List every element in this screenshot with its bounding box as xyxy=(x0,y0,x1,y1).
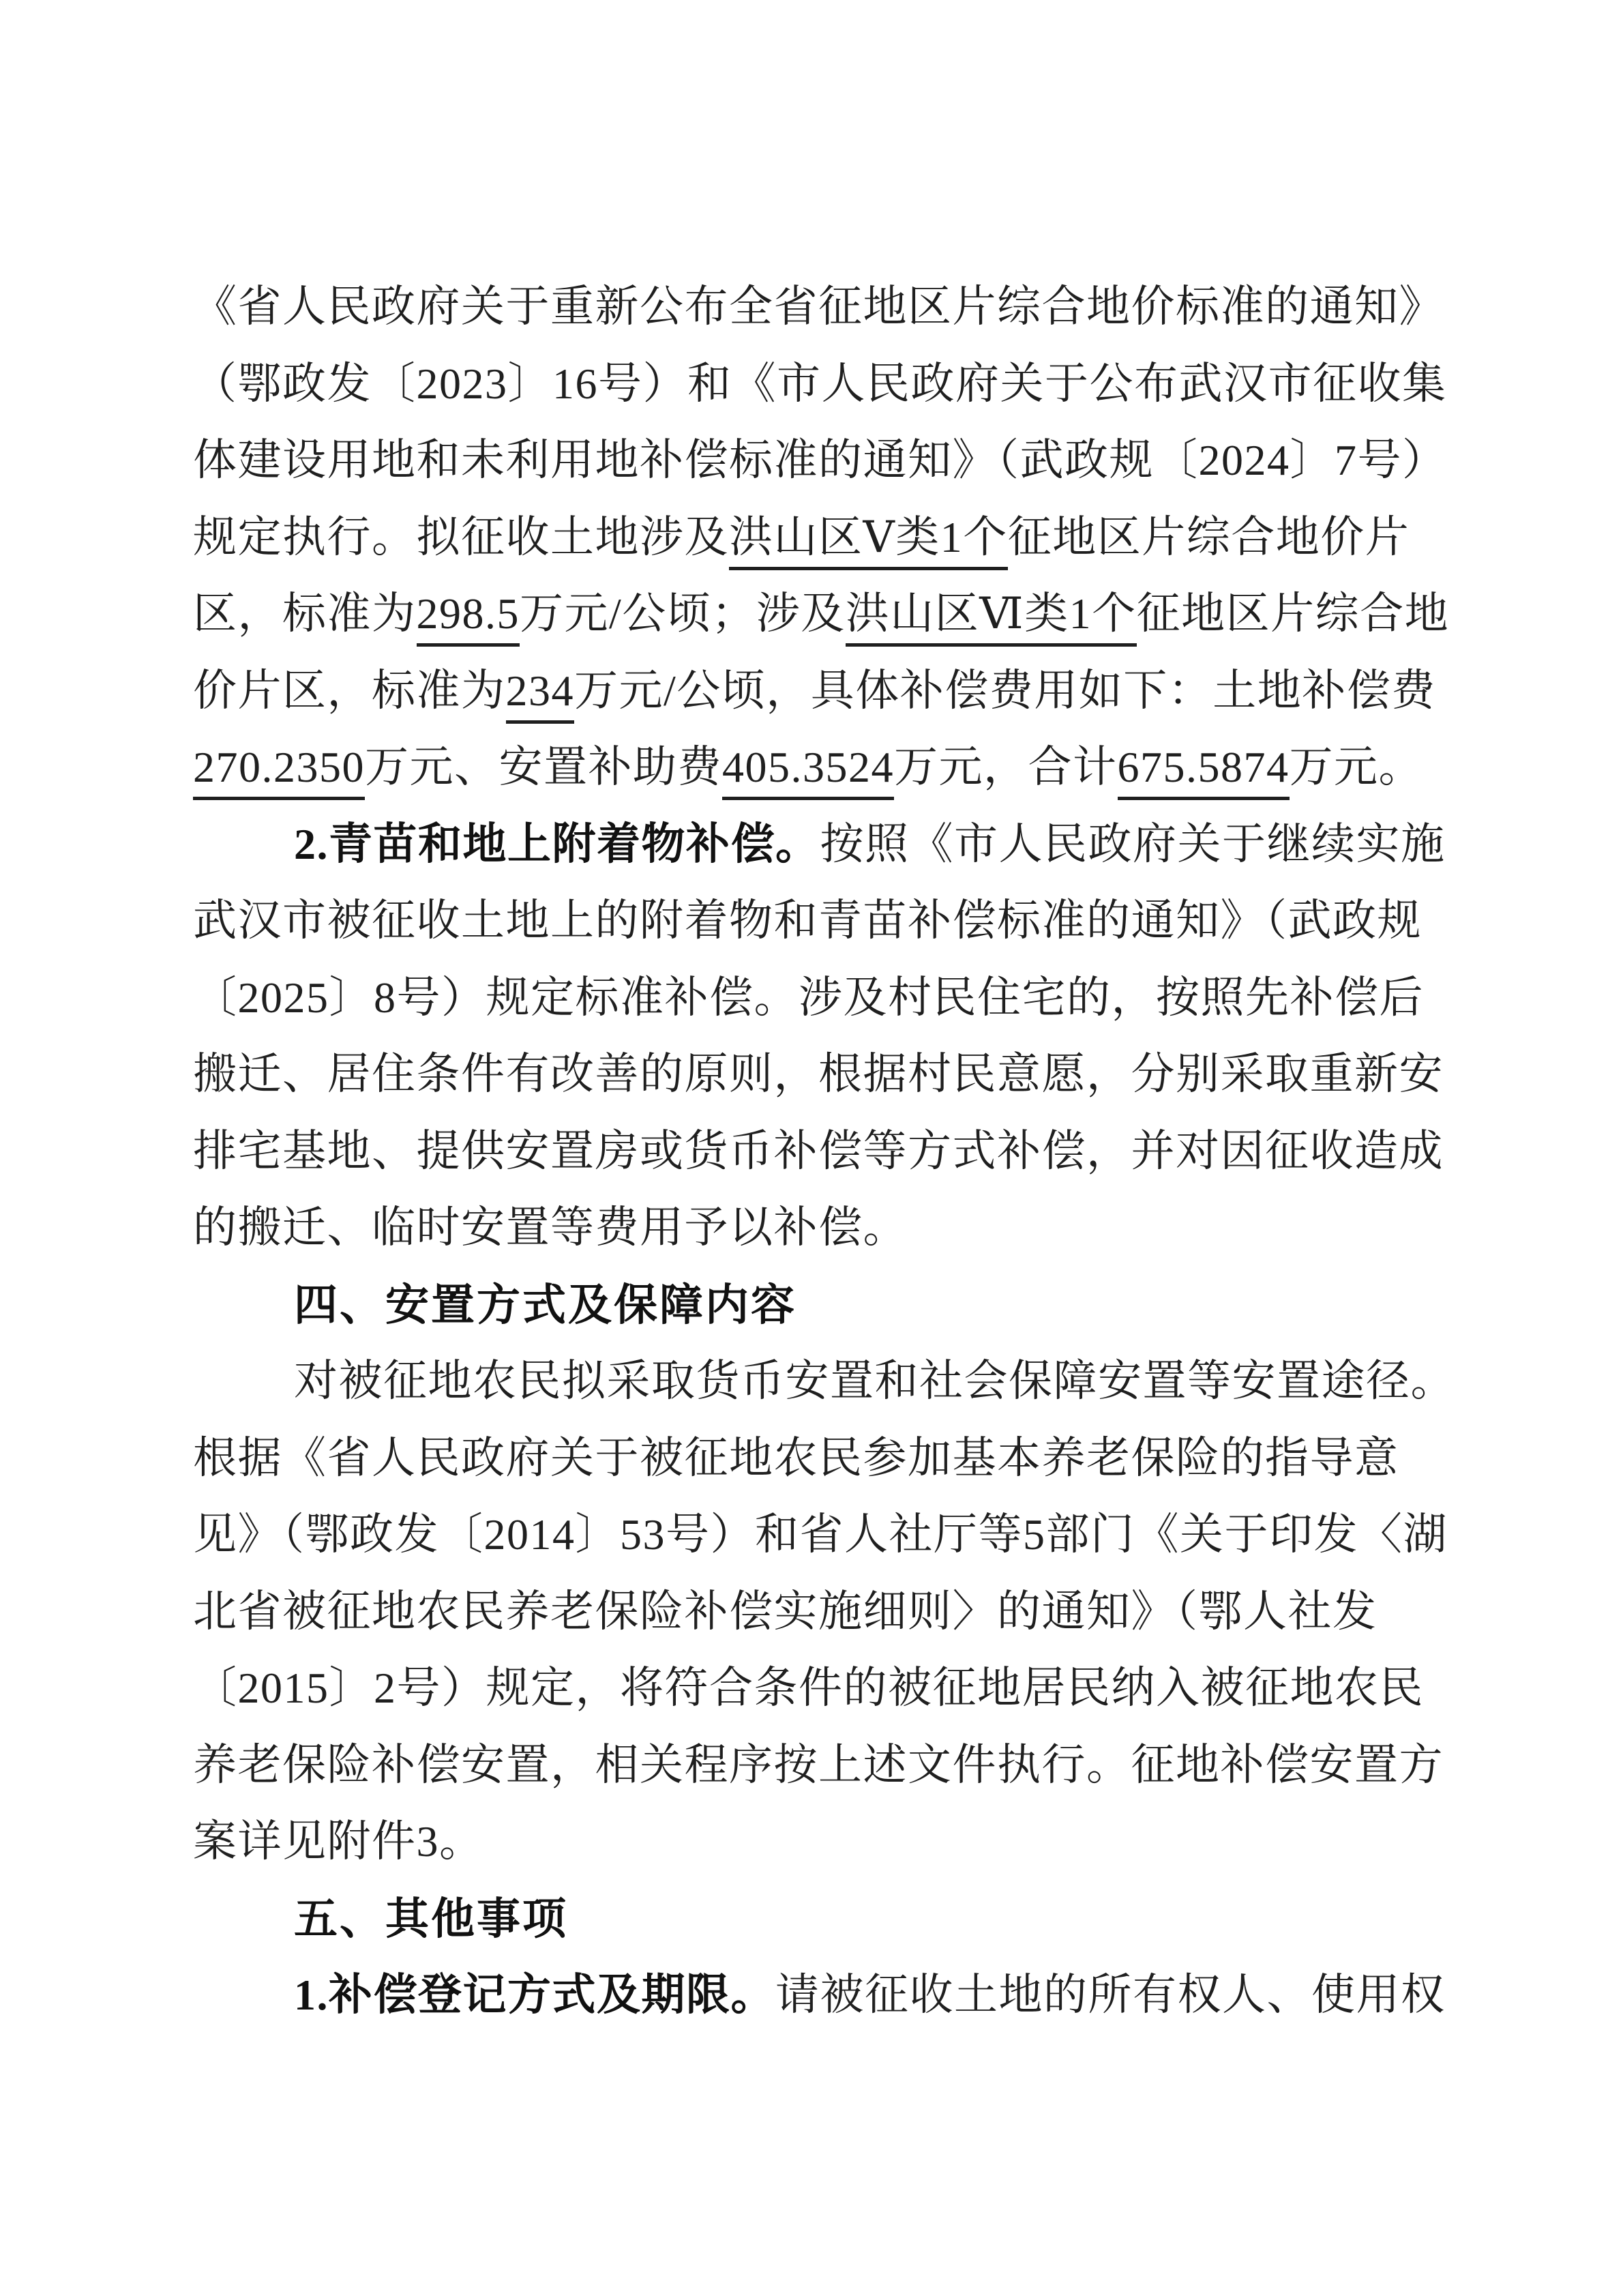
emphasized-text: 五、其他事项 xyxy=(294,1894,568,1943)
underlined-text: 洪山区Ⅵ类1个 xyxy=(846,589,1137,647)
text-line: 〔2015〕2号）规定，将符合条件的被征地居民纳入被征地农民 xyxy=(193,1650,1441,1727)
underlined-text: 270.2350 xyxy=(193,743,365,800)
text-line: 北省被征地农民养老保险补偿实施细则〉的通知》（鄂人社发 xyxy=(193,1574,1441,1651)
underlined-text: 洪山区Ⅴ类1个 xyxy=(729,513,1008,570)
body-text: 万元/公顷，具体补偿费用如下：土地补偿费 xyxy=(574,666,1436,715)
emphasized-text: 2.青苗和地上附着物补偿。 xyxy=(294,820,820,868)
document-text-block: 《省人民政府关于重新公布全省征地区片综合地价标准的通知》（鄂政发〔2023〕16… xyxy=(193,269,1441,2034)
text-line: 搬迁、居住条件有改善的原则，根据村民意愿，分别采取重新安 xyxy=(193,1036,1441,1113)
text-line: 排宅基地、提供安置房或货币补偿等方式补偿，并对因征收造成 xyxy=(193,1113,1441,1190)
body-text: 价片区，标准为 xyxy=(193,666,506,715)
underlined-text: 405.3524 xyxy=(722,743,894,800)
body-text: 请被征收土地的所有权人、使用权 xyxy=(775,1971,1446,2019)
body-text: 规定执行。拟征收土地涉及 xyxy=(193,513,729,561)
body-text: 征地区片综合地 xyxy=(1137,589,1450,638)
text-line: 价片区，标准为234万元/公顷，具体补偿费用如下：土地补偿费 xyxy=(193,653,1441,730)
body-text: 案详见附件3。 xyxy=(193,1817,484,1866)
body-text: 北省被征地农民养老保险补偿实施细则〉的通知》（鄂人社发 xyxy=(193,1587,1378,1636)
body-text: 武汉市被征收土地上的附着物和青苗补偿标准的通知》（武政规 xyxy=(193,896,1422,945)
text-line: 案详见附件3。 xyxy=(193,1804,1441,1881)
text-line: 对被征地农民拟采取货币安置和社会保障安置等安置途径。 xyxy=(193,1343,1441,1420)
body-text: 对被征地农民拟采取货币安置和社会保障安置等安置途径。 xyxy=(294,1357,1455,1405)
text-line: 〔2025〕8号）规定标准补偿。涉及村民住宅的，按照先补偿后 xyxy=(193,960,1441,1037)
body-text: 〔2015〕2号）规定，将符合条件的被征地居民纳入被征地农民 xyxy=(193,1664,1424,1712)
text-line: 1.补偿登记方式及期限。请被征收土地的所有权人、使用权 xyxy=(193,1957,1441,2034)
underlined-text: 298.5 xyxy=(417,589,520,647)
body-text: 区，标准为 xyxy=(193,589,417,638)
body-text: 搬迁、居住条件有改善的原则，根据村民意愿，分别采取重新安 xyxy=(193,1050,1444,1098)
emphasized-text: 四、安置方式及保障内容 xyxy=(294,1280,796,1329)
body-text: 体建设用地和未利用地补偿标准的通知》（武政规〔2024〕7号） xyxy=(193,436,1447,484)
body-text: 万元、安置补助费 xyxy=(365,743,722,791)
text-line: 根据《省人民政府关于被征地农民参加基本养老保险的指导意 xyxy=(193,1420,1441,1497)
body-text: 按照《市人民政府关于继续实施 xyxy=(820,820,1446,868)
text-line: （鄂政发〔2023〕16号）和《市人民政府关于公布武汉市征收集 xyxy=(193,346,1441,423)
underlined-text: 675.5874 xyxy=(1118,743,1290,800)
body-text: 《省人民政府关于重新公布全省征地区片综合地价标准的通知》 xyxy=(193,282,1444,331)
text-line: 区，标准为298.5万元/公顷；涉及洪山区Ⅵ类1个征地区片综合地 xyxy=(193,576,1441,653)
body-text: 〔2025〕8号）规定标准补偿。涉及村民住宅的，按照先补偿后 xyxy=(193,973,1424,1022)
underlined-text: 234 xyxy=(506,666,575,724)
body-text: 征地区片综合地价片 xyxy=(1008,513,1410,561)
text-line: 270.2350万元、安置补助费405.3524万元，合计675.5874万元。 xyxy=(193,729,1441,806)
text-line: 体建设用地和未利用地补偿标准的通知》（武政规〔2024〕7号） xyxy=(193,422,1441,499)
text-line: 的搬迁、临时安置等费用予以补偿。 xyxy=(193,1190,1441,1267)
body-text: 万元。 xyxy=(1290,743,1424,791)
section-heading: 五、其他事项 xyxy=(193,1881,1441,1958)
section-heading: 四、安置方式及保障内容 xyxy=(193,1267,1441,1344)
text-line: 武汉市被征收土地上的附着物和青苗补偿标准的通知》（武政规 xyxy=(193,883,1441,960)
text-line: 《省人民政府关于重新公布全省征地区片综合地价标准的通知》 xyxy=(193,269,1441,346)
body-text: 的搬迁、临时安置等费用予以补偿。 xyxy=(193,1203,908,1252)
body-text: （鄂政发〔2023〕16号）和《市人民政府关于公布武汉市征收集 xyxy=(193,359,1447,408)
body-text: 根据《省人民政府关于被征地农民参加基本养老保险的指导意 xyxy=(193,1434,1399,1482)
body-text: 见》（鄂政发〔2014〕53号）和省人社厅等5部门《关于印发〈湖 xyxy=(193,1510,1448,1559)
text-line: 规定执行。拟征收土地涉及洪山区Ⅴ类1个征地区片综合地价片 xyxy=(193,499,1441,576)
body-text: 排宅基地、提供安置房或货币补偿等方式补偿，并对因征收造成 xyxy=(193,1127,1444,1175)
emphasized-text: 1.补偿登记方式及期限。 xyxy=(294,1971,775,2019)
body-text: 万元，合计 xyxy=(894,743,1118,791)
body-text: 万元/公顷；涉及 xyxy=(520,589,846,638)
text-line: 2.青苗和地上附着物补偿。按照《市人民政府关于继续实施 xyxy=(193,806,1441,883)
document-page: 《省人民政府关于重新公布全省征地区片综合地价标准的通知》（鄂政发〔2023〕16… xyxy=(0,0,1623,2296)
text-line: 见》（鄂政发〔2014〕53号）和省人社厅等5部门《关于印发〈湖 xyxy=(193,1497,1441,1574)
text-line: 养老保险补偿安置，相关程序按上述文件执行。征地补偿安置方 xyxy=(193,1727,1441,1804)
body-text: 养老保险补偿安置，相关程序按上述文件执行。征地补偿安置方 xyxy=(193,1741,1444,1789)
